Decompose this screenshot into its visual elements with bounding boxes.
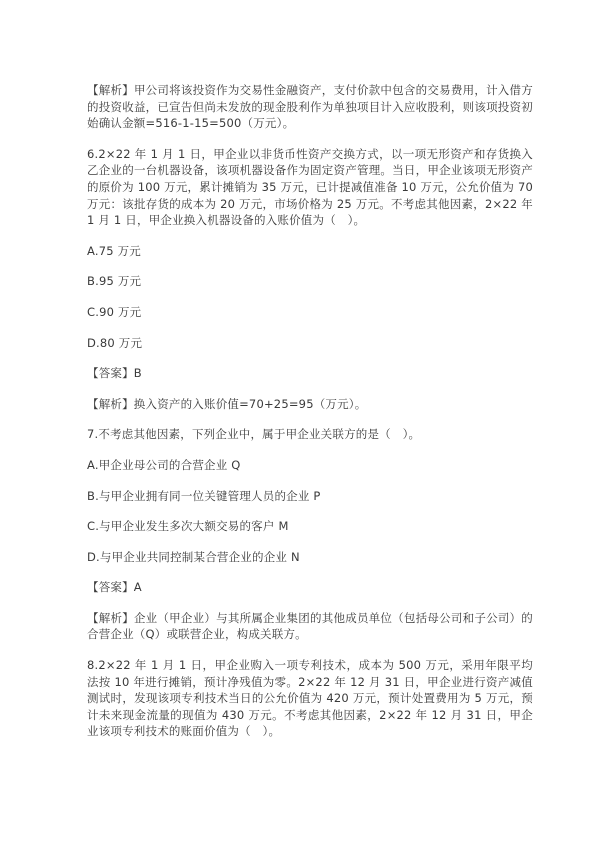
question-6-option-d: D.80 万元 [87, 335, 533, 352]
question-7-option-a: A.甲企业母公司的合营企业 Q [87, 457, 533, 474]
question-7-stem: 7.不考虑其他因素，下列企业中，属于甲企业关联方的是（ ）。 [87, 426, 533, 443]
question-6-stem: 6.2×22 年 1 月 1 日，甲企业以非货币性资产交换方式，以一项无形资产和… [87, 146, 533, 229]
question-7-answer: 【答案】A [87, 579, 533, 596]
question-6-option-a: A.75 万元 [87, 243, 533, 260]
question-7-explanation: 【解析】企业（甲企业）与其所属企业集团的其他成员单位（包括母公司和子公司）的合营… [87, 610, 533, 643]
prev-question-explanation: 【解析】甲公司将该投资作为交易性金融资产，支付价款中包含的交易费用，计入借方的投… [87, 82, 533, 132]
question-7-option-c: C.与甲企业发生多次大额交易的客户 M [87, 518, 533, 535]
document-page: 【解析】甲公司将该投资作为交易性金融资产，支付价款中包含的交易费用，计入借方的投… [87, 82, 533, 754]
question-6-option-c: C.90 万元 [87, 304, 533, 321]
question-7-option-b: B.与甲企业拥有同一位关键管理人员的企业 P [87, 488, 533, 505]
question-8-stem: 8.2×22 年 1 月 1 日，甲企业购入一项专利技术，成本为 500 万元，… [87, 657, 533, 740]
question-7-option-d: D.与甲企业共同控制某合营企业的企业 N [87, 549, 533, 566]
question-6-answer: 【答案】B [87, 365, 533, 382]
question-6-explanation: 【解析】换入资产的入账价值=70+25=95（万元）。 [87, 396, 533, 413]
question-6-option-b: B.95 万元 [87, 273, 533, 290]
